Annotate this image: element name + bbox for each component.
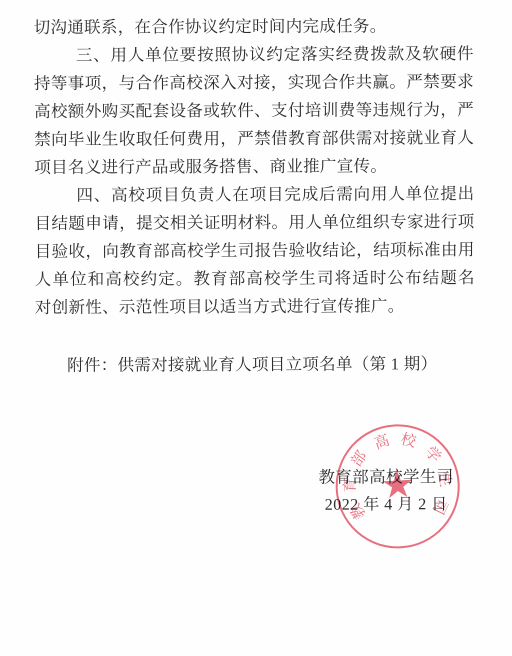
text-line: 目验收，向教育部高校学生司报告验收结论，结项标准由用 bbox=[35, 236, 475, 266]
text-line: 四、高校项目负责人在项目完成后需向用人单位提出项 bbox=[34, 180, 474, 210]
star-icon: ★ bbox=[379, 465, 415, 505]
attachment-line: 附件：供需对接就业育人项目立项名单（第 1 期） bbox=[35, 350, 437, 380]
text-line: 切沟通联系，在合作协议约定时间内完成任务。 bbox=[34, 12, 474, 42]
text-line: 三、用人单位要按照协议约定落实经费拨款及软硬件支 bbox=[34, 40, 474, 70]
seal-arc-char: 生 bbox=[435, 471, 452, 488]
seal-arc-char: 育 bbox=[344, 477, 359, 492]
document-content: 切沟通联系，在合作协议约定时间内完成任务。三、用人单位要按照协议约定落实经费拨款… bbox=[0, 0, 512, 656]
text-line: 对创新性、示范性项目以适当方式进行宣传推广。 bbox=[35, 292, 475, 322]
official-seal: ★ 教育部高校学生司 bbox=[332, 421, 463, 552]
scanned-document-page: 切沟通联系，在合作协议约定时间内完成任务。三、用人单位要按照协议约定落实经费拨款… bbox=[0, 0, 512, 656]
text-line: 目结题申请，提交相关证明材料。用人单位组织专家进行项 bbox=[34, 208, 474, 238]
text-line: 高校额外购买配套设备或软件、支付培训费等违规行为，严 bbox=[34, 96, 474, 126]
text-line: 项目名义进行产品或服务搭售、商业推广宣传。 bbox=[34, 152, 474, 182]
text-line: 禁向毕业生收取任何费用，严禁借教育部供需对接就业育人 bbox=[34, 124, 474, 154]
text-line: 持等事项，与合作高校深入对接，实现合作共赢。严禁要求 bbox=[34, 68, 474, 98]
document-body: 切沟通联系，在合作协议约定时间内完成任务。三、用人单位要按照协议约定落实经费拨款… bbox=[34, 12, 475, 322]
text-line: 人单位和高校约定。教育部高校学生司将适时公布结题名单， bbox=[35, 264, 475, 294]
